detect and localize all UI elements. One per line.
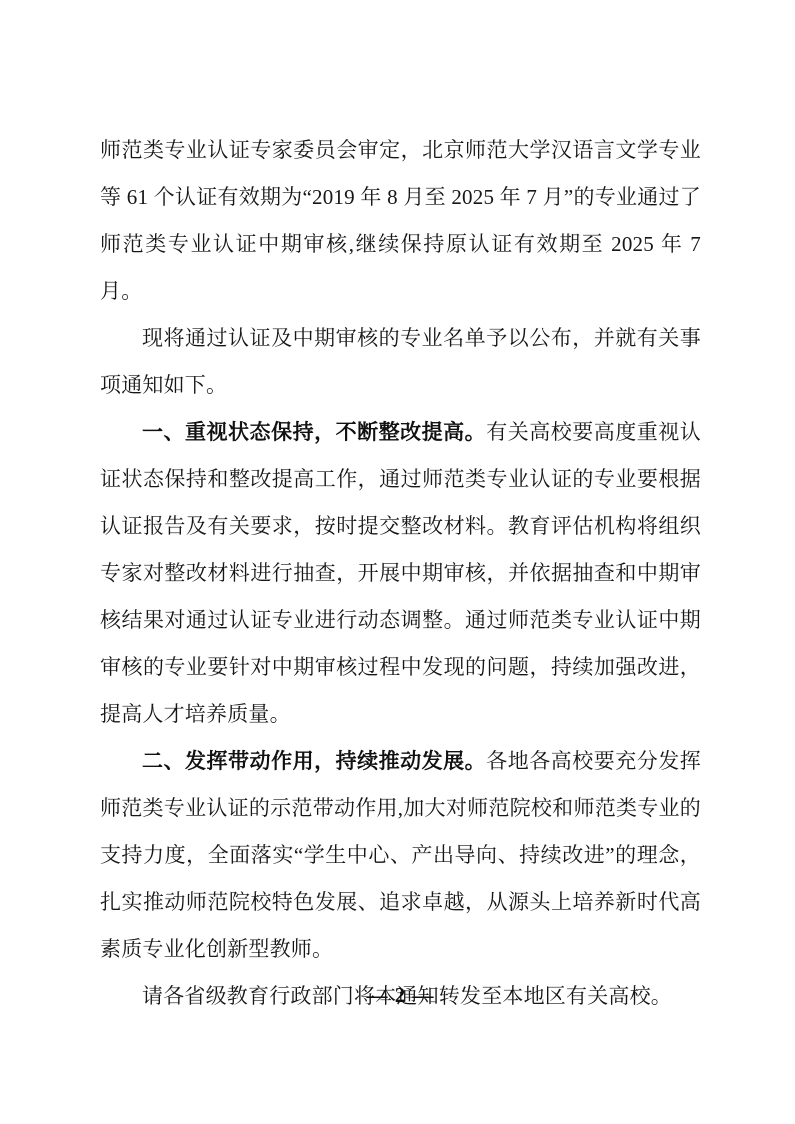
para-announcement: 现将通过认证及中期审核的专业名单予以公布，并就有关事项通知如下。 (100, 315, 701, 409)
para-item-2: 二、发挥带动作用，持续推动发展。各地各高校要充分发挥师范类专业认证的示范带动作用… (100, 738, 701, 973)
document-page: 师范类专业认证专家委员会审定，北京师范大学汉语言文学专业等 61 个认证有效期为… (0, 0, 795, 1124)
body-text: 各地各高校要充分发挥师范类专业认证的示范带动作用,加大对师范院校和师范类专业的支… (100, 749, 701, 961)
section-heading: 一、重视状态保持，不断整改提高。 (142, 421, 486, 444)
page-number: — 2 — (100, 983, 701, 1008)
para-continuation: 师范类专业认证专家委员会审定，北京师范大学汉语言文学专业等 61 个认证有效期为… (100, 127, 701, 315)
body-text: 现将通过认证及中期审核的专业名单予以公布，并就有关事项通知如下。 (100, 326, 701, 397)
body-text: 师范类专业认证专家委员会审定，北京师范大学汉语言文学专业等 61 个认证有效期为… (100, 138, 701, 303)
body-text: 有关高校要高度重视认证状态保持和整改提高工作，通过师范类专业认证的专业要根据认证… (100, 420, 701, 726)
document-body: 师范类专业认证专家委员会审定，北京师范大学汉语言文学专业等 61 个认证有效期为… (100, 127, 701, 1020)
section-heading: 二、发挥带动作用，持续推动发展。 (142, 750, 486, 773)
para-item-1: 一、重视状态保持，不断整改提高。有关高校要高度重视认证状态保持和整改提高工作，通… (100, 409, 701, 738)
